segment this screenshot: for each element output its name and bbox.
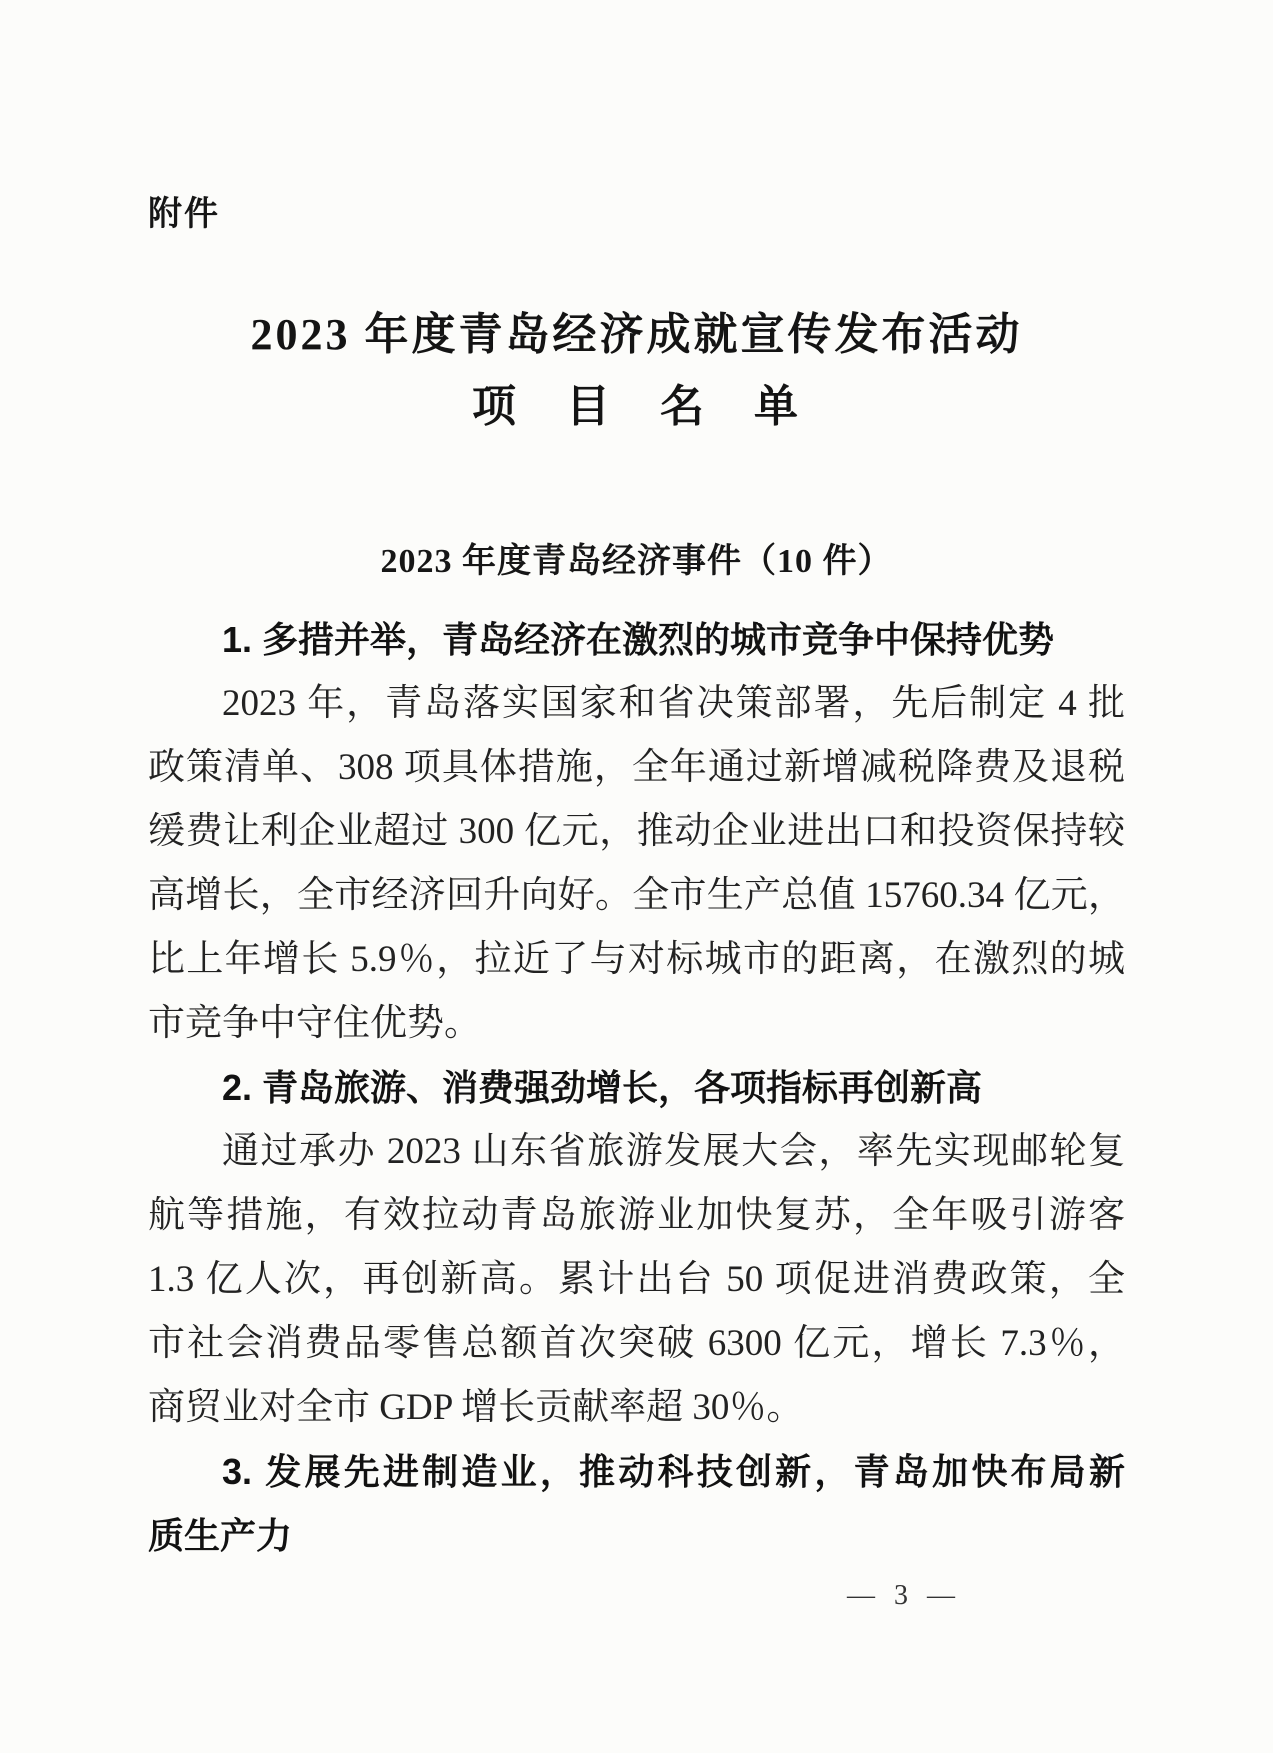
body-line: 政策清单、308 项具体措施，全年通过新增减税降费及退税 [148,736,1125,800]
body-line: 市竞争中守住优势。 [148,992,1125,1056]
body-line: 通过承办 2023 山东省旅游发展大会，率先实现邮轮复 [148,1120,1125,1184]
document-body: 1. 多措并举，青岛经济在激烈的城市竞争中保持优势 2023 年，青岛落实国家和… [148,608,1125,1568]
body-line: 市社会消费品零售总额首次突破 6300 亿元，增长 7.3％， [148,1312,1125,1376]
section-2-heading: 2. 青岛旅游、消费强劲增长，各项指标再创新高 [148,1056,1125,1120]
body-line: 商贸业对全市 GDP 增长贡献率超 30％。 [148,1376,1125,1440]
document-page: 附件 2023 年度青岛经济成就宣传发布活动 项 目 名 单 2023 年度青岛… [0,0,1273,1753]
body-line: 缓费让利企业超过 300 亿元，推动企业进出口和投资保持较 [148,800,1125,864]
body-line: 2023 年，青岛落实国家和省决策部署，先后制定 4 批 [148,672,1125,736]
attachment-label: 附件 [148,186,220,235]
section-3-heading-line1: 3. 发展先进制造业，推动科技创新，青岛加快布局新 [148,1440,1125,1504]
document-subtitle: 2023 年度青岛经济事件（10 件） [0,533,1273,582]
document-title-line1: 2023 年度青岛经济成就宣传发布活动 [0,298,1273,362]
body-line: 1.3 亿人次，再创新高。累计出台 50 项促进消费政策，全 [148,1248,1125,1312]
body-line: 航等措施，有效拉动青岛旅游业加快复苏，全年吸引游客 [148,1184,1125,1248]
section-1-heading: 1. 多措并举，青岛经济在激烈的城市竞争中保持优势 [148,608,1125,672]
page-number: — 3 — [847,1580,961,1612]
document-title-line2: 项 目 名 单 [0,370,1273,434]
body-line: 比上年增长 5.9％，拉近了与对标城市的距离，在激烈的城 [148,928,1125,992]
body-line: 高增长，全市经济回升向好。全市生产总值 15760.34 亿元， [148,864,1125,928]
section-3-heading-line2: 质生产力 [148,1504,1125,1568]
